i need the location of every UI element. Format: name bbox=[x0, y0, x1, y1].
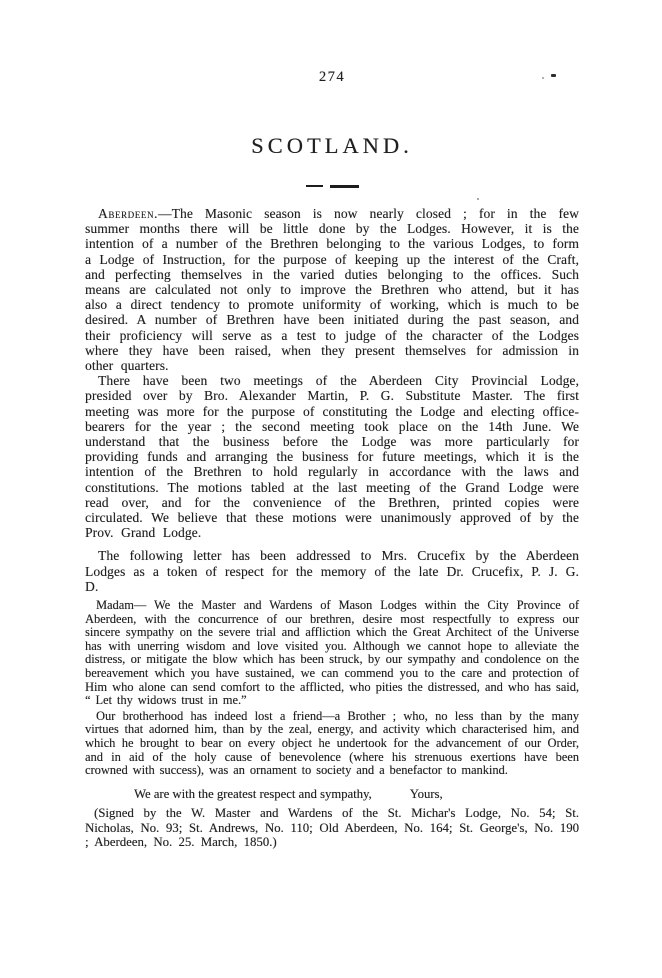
scan-speck bbox=[477, 198, 479, 200]
letter-block: Madam— We the Master and Wardens of Maso… bbox=[85, 599, 579, 850]
paragraph-text: —The Masonic season is now nearly closed… bbox=[85, 206, 579, 373]
article-paragraph-aberdeen: Aberdeen.—The Masonic season is now near… bbox=[85, 206, 579, 373]
scan-speck bbox=[551, 74, 556, 77]
letter-paragraph-brotherhood: Our brotherhood has indeed lost a friend… bbox=[85, 710, 579, 778]
article-paragraph-letter-intro: The following letter has been addressed … bbox=[85, 548, 579, 594]
page-number: 274 bbox=[85, 69, 579, 86]
section-divider-rule bbox=[85, 183, 579, 189]
letter-paragraph-madam: Madam— We the Master and Wardens of Maso… bbox=[85, 599, 579, 708]
article-paragraph-meetings: There have been two meetings of the Aber… bbox=[85, 373, 579, 540]
divider-dash-short bbox=[306, 185, 323, 187]
letter-signoff: Yours, bbox=[410, 787, 443, 801]
scanned-page: 274 SCOTLAND. Aberdeen.—The Masonic seas… bbox=[0, 0, 662, 978]
paragraph-lead-word: Aberdeen. bbox=[98, 206, 158, 221]
article-body: Aberdeen.—The Masonic season is now near… bbox=[85, 206, 579, 850]
scan-speck bbox=[542, 77, 544, 79]
letter-closing-line: We are with the greatest respect and sym… bbox=[85, 787, 579, 801]
section-title: SCOTLAND. bbox=[85, 133, 579, 159]
divider-dash-long bbox=[330, 185, 359, 188]
letter-signatures: (Signed by the W. Master and Wardens of … bbox=[85, 806, 579, 850]
letter-closing-text: We are with the greatest respect and sym… bbox=[134, 787, 372, 801]
